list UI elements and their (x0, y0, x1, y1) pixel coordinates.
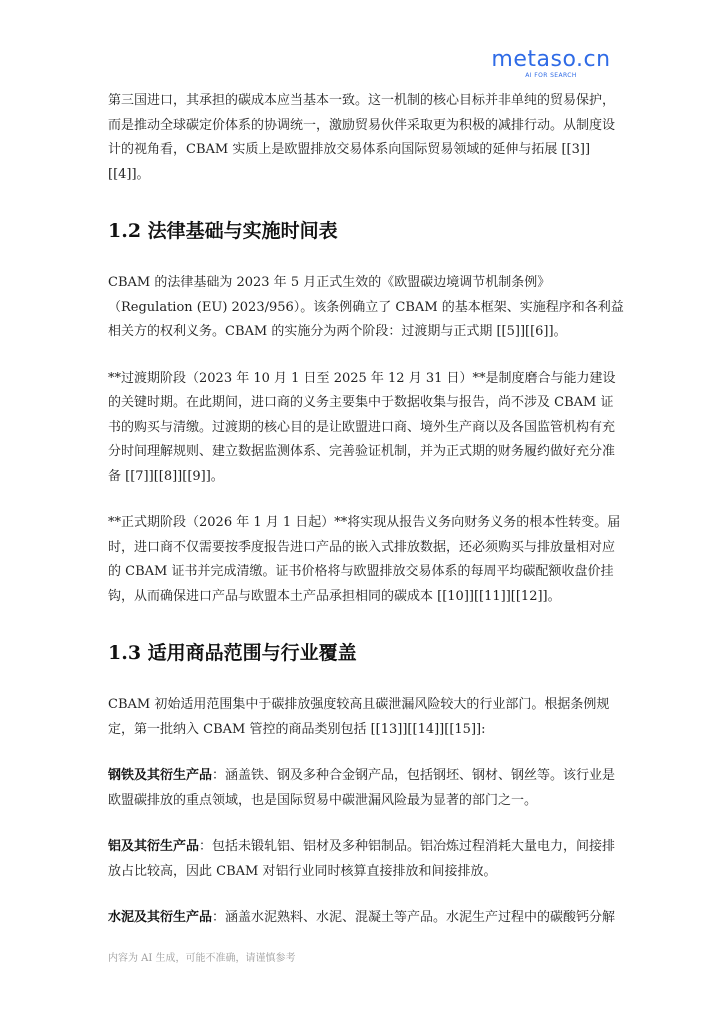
term-steel: 钢铁及其衍生产品 (108, 768, 212, 783)
paragraph-transition-period: **过渡期阶段（2023 年 10 月 1 日至 2025 年 12 月 31 … (108, 367, 626, 490)
paragraph-formal-period: **正式期阶段（2026 年 1 月 1 日起）**将实现从报告义务向财务义务的… (108, 511, 626, 609)
ai-disclaimer: 内容为 AI 生成，可能不准确，请谨慎参考 (108, 949, 296, 964)
term-cement: 水泥及其衍生产品 (108, 910, 212, 925)
paragraph-scope-intro: CBAM 初始适用范围集中于碳排放强度较高且碳泄漏风险较大的行业部门。根据条例规… (108, 693, 626, 742)
intro-paragraph: 第三国进口，其承担的碳成本应当基本一致。这一机制的核心目标并非单纯的贸易保护，而… (108, 89, 626, 187)
desc-cement: ：涵盖水泥熟料、水泥、混凝土等产品。水泥生产过程中的碳酸钙分解 (212, 910, 615, 925)
section-heading-scope: 1.3 适用商品范围与行业覆盖 (108, 639, 626, 667)
logo-tagline: AI FOR SEARCH (486, 72, 616, 80)
term-aluminium: 铝及其衍生产品 (108, 839, 199, 854)
list-item-aluminium: 铝及其衍生产品：包括未锻轧铝、铝材及多种铝制品。铝冶炼过程消耗大量电力，间接排放… (108, 835, 626, 884)
list-item-cement: 水泥及其衍生产品：涵盖水泥熟料、水泥、混凝土等产品。水泥生产过程中的碳酸钙分解 (108, 906, 626, 931)
section-heading-legal-basis: 1.2 法律基础与实施时间表 (108, 217, 626, 245)
document-body: 第三国进口，其承担的碳成本应当基本一致。这一机制的核心目标并非单纯的贸易保护，而… (108, 89, 626, 931)
metaso-logo: metaso.cn AI FOR SEARCH (486, 48, 616, 80)
list-item-steel: 钢铁及其衍生产品：涵盖铁、钢及多种合金钢产品，包括钢坯、钢材、钢丝等。该行业是欧… (108, 764, 626, 813)
paragraph-legal-basis: CBAM 的法律基础为 2023 年 5 月正式生效的《欧盟碳边境调节机制条例》… (108, 271, 626, 345)
logo-brand: metaso.cn (486, 48, 616, 72)
